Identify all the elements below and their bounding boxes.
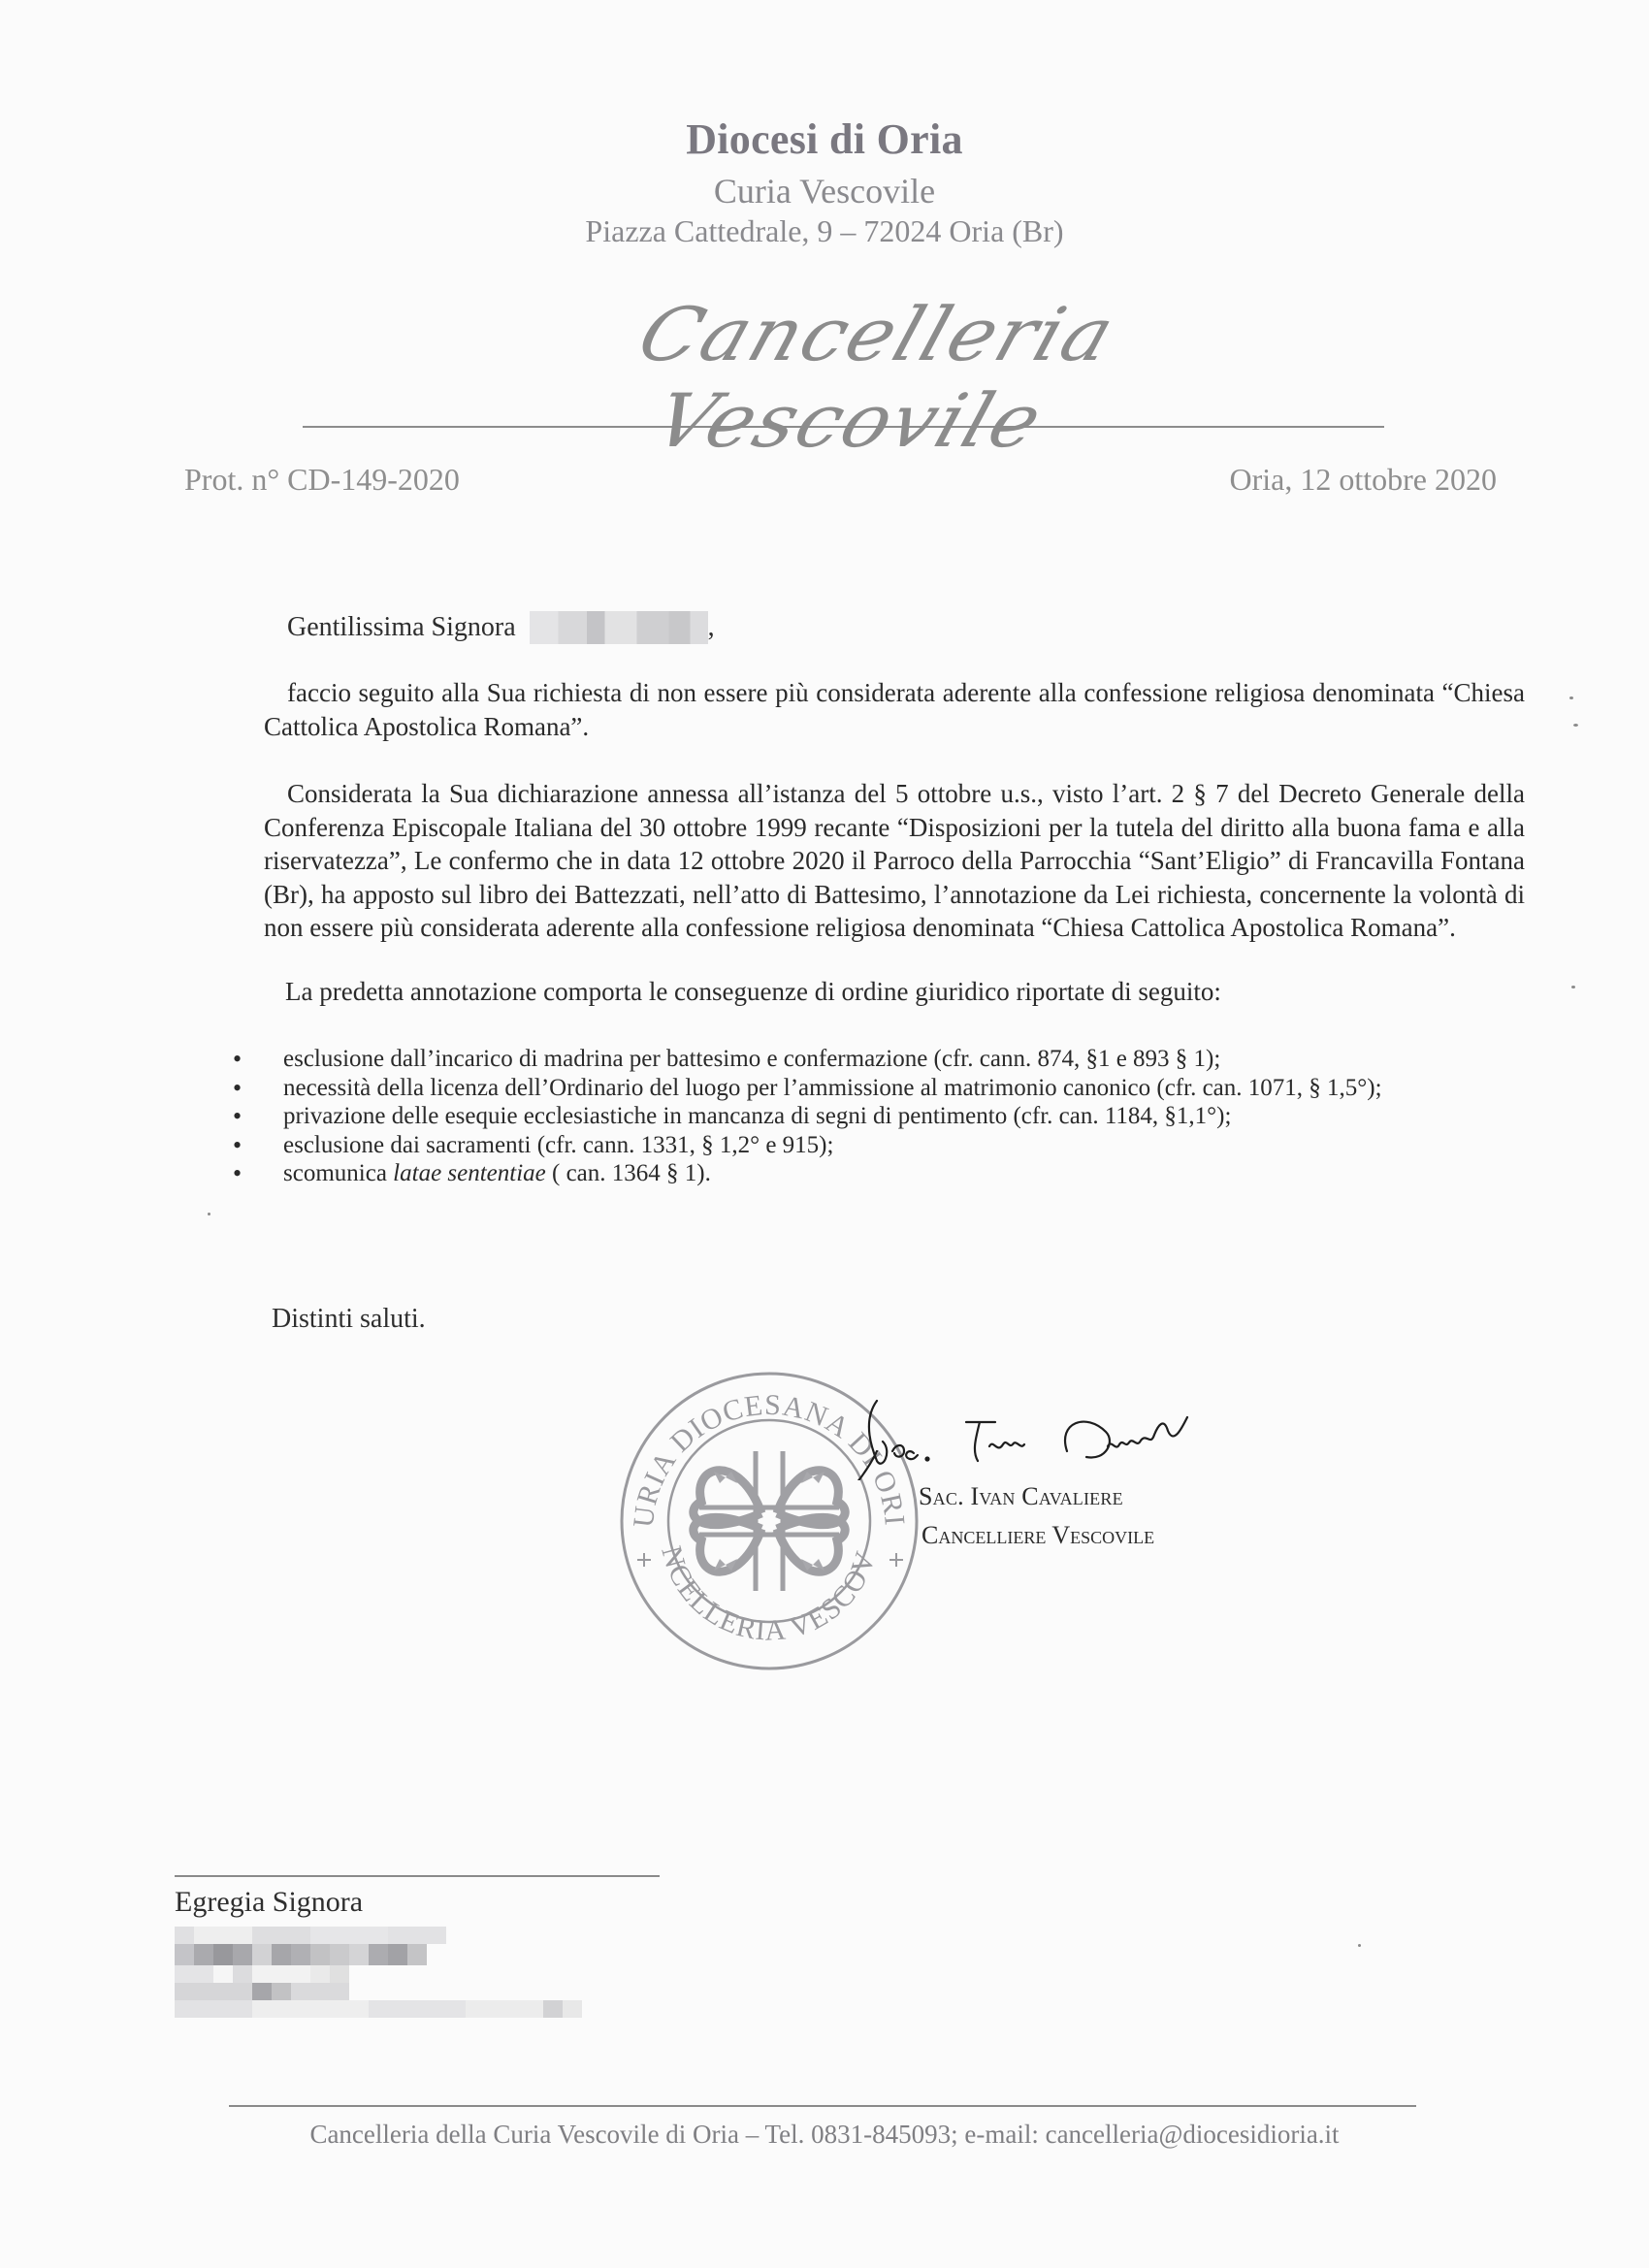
- paragraph-1: faccio seguito alla Sua richiesta di non…: [264, 676, 1525, 743]
- paragraph-3-text: La predetta annotazione comporta le cons…: [264, 975, 1525, 1009]
- redacted-recipient-address: [175, 1927, 601, 2020]
- list-item: esclusione dai sacramenti (cfr. cann. 13…: [233, 1131, 1523, 1160]
- consequences-list: esclusione dall’incarico di madrina per …: [233, 1045, 1523, 1188]
- letterhead-subtitle: Curia Vescovile: [0, 171, 1649, 211]
- list-item: privazione delle esequie ecclesiastiche …: [233, 1102, 1523, 1131]
- scan-speck: [1358, 1944, 1361, 1947]
- list-item-suffix: ( can. 1364 § 1).: [546, 1160, 711, 1186]
- letterhead-title: Diocesi di Oria: [0, 114, 1649, 164]
- place-date: Oria, 12 ottobre 2020: [1230, 462, 1498, 498]
- salutation: Gentilissima Signora ,: [287, 611, 715, 644]
- list-item: necessità della licenza dell’Ordinario d…: [233, 1074, 1523, 1103]
- signer-role: Cancelliere Vescovile: [921, 1521, 1154, 1550]
- letterhead-address: Piazza Cattedrale, 9 – 72024 Oria (Br): [0, 213, 1649, 249]
- letterhead-divider: [303, 426, 1384, 428]
- recipient-label: Egregia Signora: [175, 1886, 363, 1919]
- scan-speck: [208, 1213, 210, 1215]
- paragraph-2: Considerata la Sua dichiarazione annessa…: [264, 777, 1525, 945]
- list-item-prefix: scomunica: [283, 1160, 393, 1186]
- salutation-text: Gentilissima Signora: [287, 612, 516, 643]
- handwritten-signature: [854, 1393, 1300, 1480]
- recipient-divider: [175, 1875, 660, 1877]
- paragraph-1-text: faccio seguito alla Sua richiesta di non…: [264, 676, 1525, 743]
- redacted-name: [530, 611, 708, 644]
- quatrefoil-emblem-icon: [694, 1451, 845, 1591]
- salutation-suffix: ,: [708, 612, 715, 643]
- list-item-italic: latae sententiae: [393, 1160, 546, 1186]
- scan-speck: [1571, 986, 1575, 988]
- list-item: scomunica latae sententiae ( can. 1364 §…: [233, 1159, 1523, 1188]
- scan-speck: [1569, 697, 1573, 699]
- paragraph-2-text: Considerata la Sua dichiarazione annessa…: [264, 777, 1525, 945]
- footer-divider: [229, 2105, 1416, 2107]
- protocol-number: Prot. n° CD-149-2020: [184, 462, 460, 498]
- list-item: esclusione dall’incarico di madrina per …: [233, 1045, 1523, 1074]
- signer-name: Sac. Ivan Cavaliere: [919, 1482, 1123, 1511]
- letterhead-office-script: Cancelleria Vescovile: [500, 291, 1228, 464]
- footer-contact: Cancelleria della Curia Vescovile di Ori…: [0, 2120, 1649, 2150]
- scan-speck: [1573, 724, 1578, 727]
- closing: Distinti saluti.: [272, 1304, 426, 1335]
- paragraph-3: La predetta annotazione comporta le cons…: [264, 975, 1525, 1009]
